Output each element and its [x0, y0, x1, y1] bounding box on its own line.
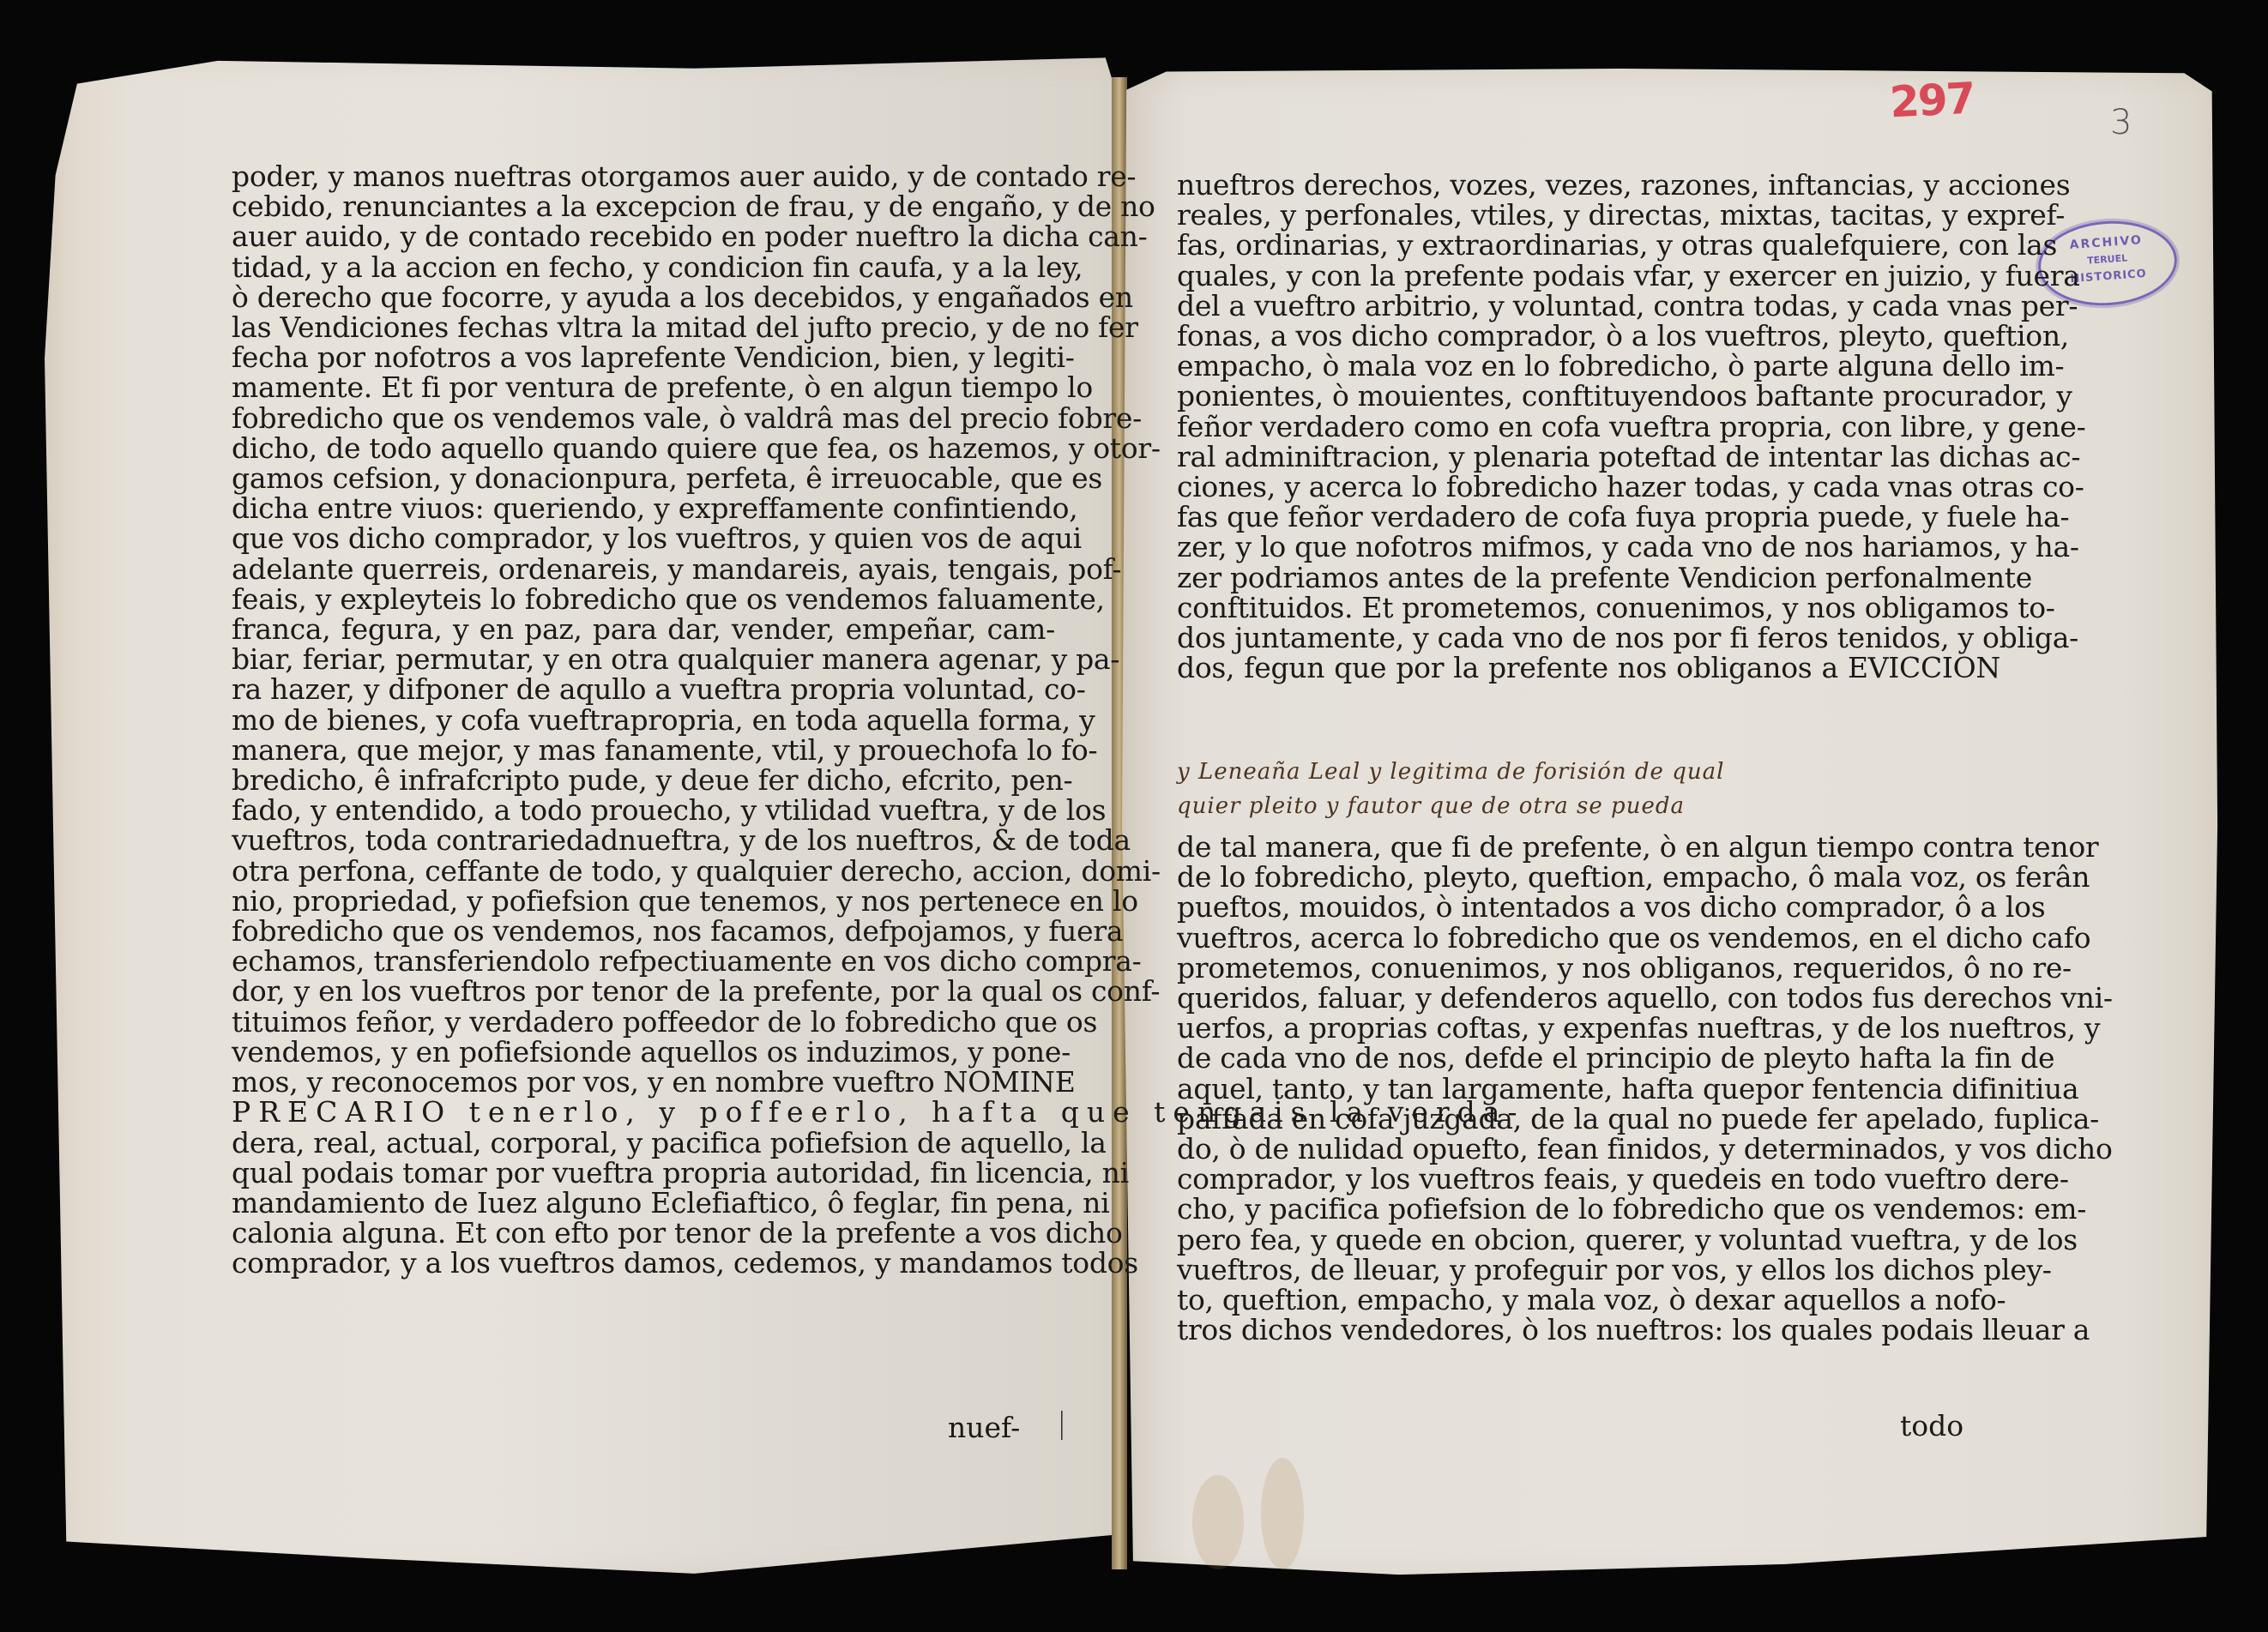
text-line: cho, y pacifica pofiefsion de lo fobredi… [1177, 1194, 2000, 1224]
text-line: echamos, transferiendolo refpectiuamente… [232, 946, 1055, 976]
folio-number: 297 [1889, 73, 1975, 127]
text-line: to, queftion, empacho, y mala voz, ò dex… [1177, 1285, 2000, 1315]
text-line: ral adminiftracion, y plenaria poteftad … [1177, 442, 2000, 472]
catchword-right: todo [1900, 1409, 1963, 1442]
catchword-left: nuef- [948, 1411, 1020, 1444]
text-line: de tal manera, que fi de prefente, ò en … [1177, 832, 2000, 862]
text-line: vueftros, acerca lo fobredicho que os ve… [1177, 923, 2000, 953]
text-line: pueftos, mouidos, ò intentados a vos dic… [1177, 892, 2000, 922]
handwritten-insertion: y Leneaña Leal y legitima de forisión de… [1177, 755, 2018, 832]
handwritten-line: y Leneaña Leal y legitima de forisión de… [1177, 755, 2018, 789]
text-line: dicha entre viuos: queriendo, y expreffa… [232, 493, 1055, 523]
pencil-page-number: 3 [2110, 103, 2132, 142]
text-line: manera, que mejor, y mas fanamente, vtil… [232, 735, 1055, 765]
text-line: paffada en cofa juzgada, de la qual no p… [1177, 1104, 2000, 1134]
text-line: fobredicho que os vendemos, nos facamos,… [232, 916, 1055, 946]
text-line: mandamiento de Iuez alguno Eclefiaftico,… [232, 1188, 1055, 1218]
text-line: do, ò de nulidad opuefto, fean finidos, … [1177, 1134, 2000, 1164]
text-line: fado, y entendido, a todo prouecho, y vt… [232, 795, 1055, 825]
text-line: vueftros, de lleuar, y profeguir por vos… [1177, 1255, 2000, 1285]
text-line: auer auido, y de contado recebido en pod… [232, 221, 1055, 251]
text-line: zer podriamos antes de la prefente Vendi… [1177, 563, 2000, 593]
text-line: fecha por nofotros a vos laprefente Vend… [232, 342, 1055, 372]
text-line: empacho, ò mala voz en lo fobredicho, ò … [1177, 351, 2000, 381]
pencil-mark: | [1057, 1406, 1066, 1441]
text-line: mo de bienes, y cofa vueftrapropria, en … [232, 705, 1055, 735]
text-line: pero fea, y quede en obcion, querer, y v… [1177, 1225, 2000, 1255]
text-line: ra hazer, y difponer de aqullo a vueftra… [232, 674, 1055, 704]
text-line: de lo fobredicho, pleyto, queftion, empa… [1177, 862, 2000, 892]
text-line: dera, real, actual, corporal, y pacifica… [232, 1128, 1055, 1158]
text-line: prometemos, conuenimos, y nos obliganos,… [1177, 953, 2000, 983]
text-line: nueftros derechos, vozes, vezes, razones… [1177, 170, 2000, 200]
text-line: tros dichos vendedores, ò los nueftros: … [1177, 1315, 2000, 1345]
text-line: conftituidos. Et prometemos, conuenimos,… [1177, 593, 2000, 623]
text-line: ciones, y acerca lo fobredicho hazer tod… [1177, 472, 2000, 502]
text-line: bredicho, ê infrafcripto pude, y deue fe… [232, 765, 1055, 795]
text-line: reales, y perfonales, vtiles, y directas… [1177, 200, 2000, 230]
text-line: que vos dicho comprador, y los vueftros,… [232, 523, 1055, 553]
text-line: mos, y reconocemos por vos, y en nombre … [232, 1067, 1055, 1097]
text-line: comprador, y los vueftros feais, y quede… [1177, 1164, 2000, 1194]
text-line: adelante querreis, ordenareis, y mandare… [232, 554, 1055, 584]
text-line: calonia alguna. Et con efto por tenor de… [232, 1218, 1055, 1248]
text-line: ponientes, ò mouientes, conftituyendoos … [1177, 381, 2000, 411]
text-line: mamente. Et fi por ventura de prefente, … [232, 372, 1055, 402]
text-line: del a vueftro arbitrio, y voluntad, cont… [1177, 291, 2000, 321]
text-line: fobredicho que os vendemos vale, ò valdr… [232, 403, 1055, 433]
text-line: nio, propriedad, y pofiefsion que tenemo… [232, 886, 1055, 916]
handwritten-line: quier pleito y fautor que de otra se pue… [1177, 789, 2018, 823]
text-line: dos, fegun que por la prefente nos oblig… [1177, 653, 2000, 683]
text-line: comprador, y a los vueftros damos, cedem… [232, 1248, 1055, 1278]
text-line: gamos cefsion, y donacionpura, perfeta, … [232, 463, 1055, 493]
text-line: feñor verdadero como en cofa vueftra pro… [1177, 412, 2000, 442]
text-line: quales, y con la prefente podais vfar, y… [1177, 261, 2000, 291]
text-line: biar, feriar, permutar, y en otra qualqu… [232, 644, 1055, 674]
text-line: qual podais tomar por vueftra propria au… [232, 1158, 1055, 1188]
text-line: tituimos feñor, y verdadero poffeedor de… [232, 1007, 1055, 1037]
right-page-text-bottom: de tal manera, que fi de prefente, ò en … [1177, 832, 2000, 1345]
text-line: las Vendiciones fechas vltra la mitad de… [232, 312, 1055, 342]
text-line: dor, y en los vueftros por tenor de la p… [232, 976, 1055, 1006]
text-line: tidad, y a la accion en fecho, y condici… [232, 252, 1055, 282]
text-line: fas que feñor verdadero de cofa fuya pro… [1177, 502, 2000, 532]
text-line: cebido, renunciantes a la excepcion de f… [232, 191, 1055, 221]
text-line: ò derecho que focorre, y ayuda a los dec… [232, 282, 1055, 312]
text-line: dicho, de todo aquello quando quiere que… [232, 433, 1055, 463]
text-line: poder, y manos nueftras otorgamos auer a… [232, 161, 1055, 191]
text-line: vueftros, toda contrariedadnueftra, y de… [232, 825, 1055, 855]
text-line: de cada vno de nos, defde el principio d… [1177, 1043, 2000, 1073]
text-line: dos juntamente, y cada vno de nos por fi… [1177, 623, 2000, 653]
text-line: uerfos, a proprias coftas, y expenfas nu… [1177, 1013, 2000, 1043]
left-page-text: poder, y manos nueftras otorgamos auer a… [232, 161, 1055, 1279]
text-line: vendemos, y en pofiefsionde aquellos os … [232, 1037, 1055, 1067]
text-line: otra perfona, ceffante de todo, y qualqu… [232, 856, 1055, 886]
text-line: franca, fegura, y en paz, para dar, vend… [232, 614, 1055, 644]
text-line: aquel, tanto, y tan largamente, hafta qu… [1177, 1074, 2000, 1104]
text-line: zer, y lo que nofotros mifmos, y cada vn… [1177, 532, 2000, 562]
text-line: queridos, faluar, y defenderos aquello, … [1177, 983, 2000, 1013]
text-line: fas, ordinarias, y extraordinarias, y ot… [1177, 230, 2000, 260]
right-page-text-top: nueftros derechos, vozes, vezes, razones… [1177, 170, 2000, 683]
text-line: feais, y expleyteis lo fobredicho que os… [232, 584, 1055, 614]
text-line: fonas, a vos dicho comprador, ò a los vu… [1177, 321, 2000, 351]
water-stain [1261, 1458, 1304, 1569]
text-line: PRECARIO tenerlo, y poffeerlo, hafta que… [232, 1097, 1055, 1127]
water-stain [1192, 1475, 1244, 1569]
